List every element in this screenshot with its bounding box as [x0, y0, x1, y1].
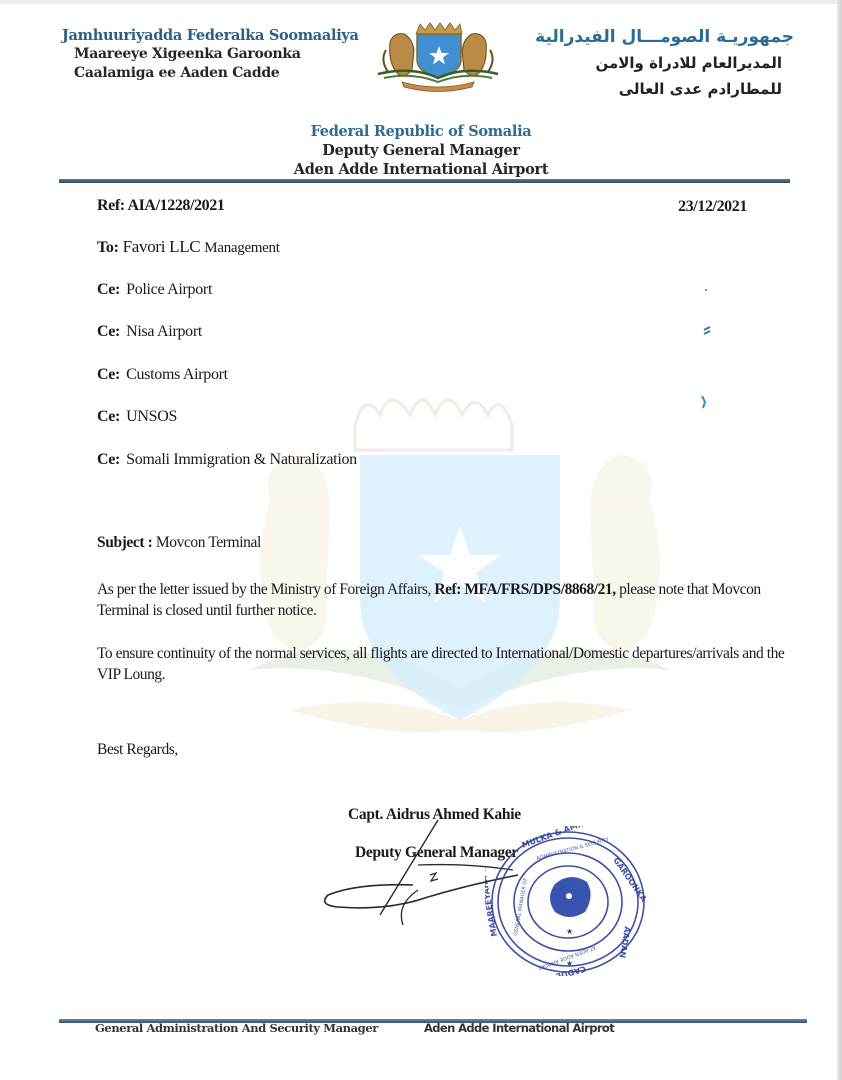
- cc-recipient: UNSOS: [126, 408, 177, 425]
- cc-label: Ce:: [97, 323, 120, 340]
- cc-recipient: Police Airport: [126, 281, 212, 298]
- letterhead-arabic-line1: جمهوريـة الصومـــال الفيدرالية: [535, 24, 794, 50]
- cc-recipient: Somali Immigration & Naturalization: [126, 451, 357, 468]
- subject-label: Subject :: [97, 534, 152, 551]
- cc-label: Ce:: [97, 451, 120, 468]
- header-divider: [59, 179, 790, 183]
- scan-specks: [690, 280, 720, 420]
- letterhead-somali: Jamhuuriyadda Federalka Soomaaliya Maare…: [62, 27, 359, 83]
- cc-line: Ce:UNSOS: [97, 408, 177, 426]
- somalia-coat-of-arms-icon: [372, 20, 504, 92]
- cc-recipient: Customs Airport: [126, 366, 228, 383]
- footer-airport: Aden Adde International Airprot: [424, 1021, 614, 1035]
- body-paragraph-1: As per the letter issued by the Ministry…: [97, 579, 797, 621]
- reference-value: AIA/1228/2021: [127, 197, 224, 214]
- svg-text:AADAN: AADAN: [617, 926, 631, 959]
- letterhead-english-line1: Federal Republic of Somalia: [0, 122, 842, 141]
- letterhead-somali-line1: Jamhuuriyadda Federalka Soomaaliya: [62, 27, 359, 45]
- cc-line: Ce:Nisa Airport: [97, 323, 202, 341]
- letterhead-arabic: جمهوريـة الصومـــال الفيدرالية المديرالع…: [535, 24, 794, 102]
- body-paragraph-2: To ensure continuity of the normal servi…: [97, 643, 797, 685]
- cc-line: Ce:Police Airport: [97, 281, 212, 299]
- letterhead-english-line2: Deputy General Manager: [0, 141, 842, 160]
- letter-date: 23/12/2021: [678, 198, 747, 216]
- reference-number: Ref: AIA/1228/2021: [97, 197, 224, 215]
- letterhead-somali-line2: Maareeye Xigeenka Garoonka: [62, 45, 359, 64]
- page-top-edge: [0, 0, 842, 4]
- cc-line: Ce:Somali Immigration & Naturalization: [97, 451, 357, 469]
- subject-line: Subject : Movcon Terminal: [97, 534, 261, 552]
- cc-line: Ce:Customs Airport: [97, 366, 228, 384]
- svg-text:★: ★: [566, 959, 573, 968]
- cc-recipient: Nisa Airport: [126, 323, 202, 340]
- cc-label: Ce:: [97, 281, 120, 298]
- letterhead-arabic-line3: للمطارادم عدى العالى: [535, 76, 794, 102]
- footer-department: General Administration And Security Mana…: [95, 1021, 378, 1035]
- letterhead-arabic-line2: المديرالعام للادراة والامن: [535, 50, 794, 76]
- subject-value: Movcon Terminal: [156, 534, 261, 551]
- recipient: To: Favori LLC Management: [97, 237, 280, 257]
- svg-text:★: ★: [566, 927, 573, 936]
- svg-text:MAAREEYAHA GUUDEE: MAAREEYAHA GUUDEE: [485, 836, 499, 937]
- letterhead-english: Federal Republic of Somalia Deputy Gener…: [0, 122, 842, 179]
- closing: Best Regards,: [97, 741, 178, 759]
- recipient-label: To:: [97, 239, 119, 256]
- ministry-reference: Ref: MFA/FRS/DPS/8868/21,: [434, 581, 615, 598]
- letterhead-english-line3: Aden Adde International Airport: [0, 160, 842, 179]
- cc-label: Ce:: [97, 366, 120, 383]
- paragraph1-text: As per the letter issued by the Ministry…: [97, 581, 434, 598]
- reference-label: Ref:: [97, 197, 125, 214]
- recipient-name: Favori LLC: [123, 237, 201, 256]
- letterhead-somali-line3: Caalamiga ee Aaden Cadde: [62, 64, 359, 83]
- recipient-suffix: Management: [204, 240, 279, 256]
- official-seal-icon: MULKA & AMNIGA GAROONKA AADAN CADDE MAAR…: [485, 826, 647, 976]
- cc-label: Ce:: [97, 408, 120, 425]
